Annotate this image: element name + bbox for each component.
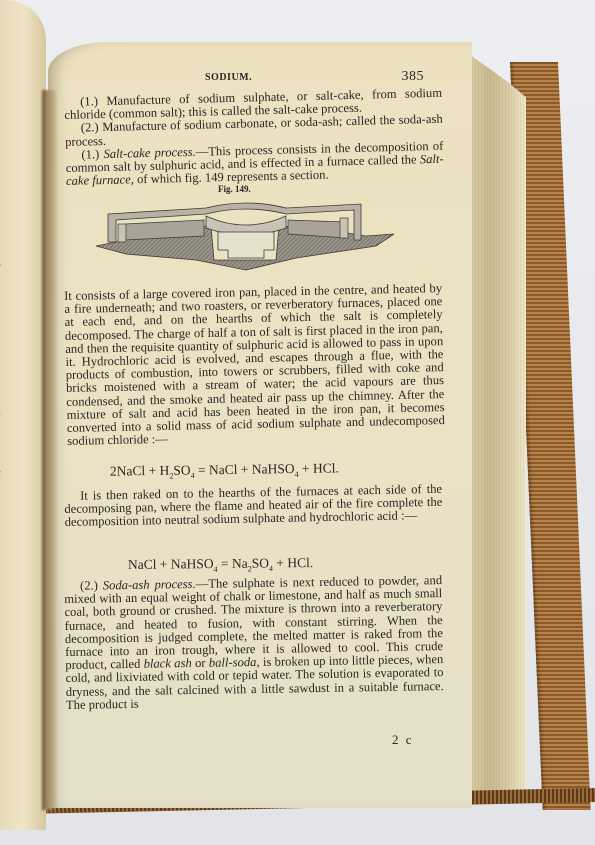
book-gutter xyxy=(42,90,58,810)
intro-text: (1.) Manufacture of sodium sulphate, or … xyxy=(64,87,444,189)
left-page-fragment: ing xyxy=(0,640,15,679)
left-page-fragment: ring xyxy=(0,520,15,559)
running-head: SODIUM. 385 xyxy=(60,72,472,86)
left-page-fragment: xide xyxy=(0,170,15,209)
chemical-equation-2: NaCl + NaHSO4 = Na2SO4 + HCl. xyxy=(128,555,313,575)
previous-page: wn xide ssium gen 3s, at sulph- ring in … xyxy=(0,0,46,830)
left-page-fragment: 3s, at xyxy=(0,400,15,439)
left-page-fragment: ssium xyxy=(0,250,15,289)
furnace-description-paragraph: It consists of a large covered iron pan,… xyxy=(64,282,445,448)
left-page-fragment: gen xyxy=(0,330,15,369)
saltcake-paragraph: (1.) Salt-cake process.—This process con… xyxy=(65,140,444,189)
salt-cake-furnace-illustration xyxy=(96,198,394,278)
paragraph-text: It is then raked on to the hearths of th… xyxy=(64,483,443,530)
signature-mark: 2 c xyxy=(392,732,414,748)
paragraph-text: It consists of a large covered iron pan,… xyxy=(64,282,445,448)
book-page: SODIUM. 385 (1.) Manufacture of sodium s… xyxy=(48,42,472,808)
left-page-fragment: sulph- xyxy=(0,460,15,499)
figure-caption: Fig. 149. xyxy=(218,184,251,194)
left-page-fragment: in xyxy=(0,580,15,619)
raking-paragraph: It is then raked on to the hearths of th… xyxy=(64,483,443,530)
left-page-fragment: wn xyxy=(0,100,15,139)
page-fore-edge xyxy=(466,52,526,804)
running-title: SODIUM. xyxy=(205,72,252,83)
chemical-equation-1: 2NaCl + H2SO4 = NaCl + NaHSO4 + HCl. xyxy=(110,460,339,481)
left-page-fragment: ts xyxy=(0,700,15,739)
page-number: 385 xyxy=(402,69,425,85)
soda-ash-paragraph: (2.) Soda-ash process.—The sulphate is n… xyxy=(64,574,444,712)
